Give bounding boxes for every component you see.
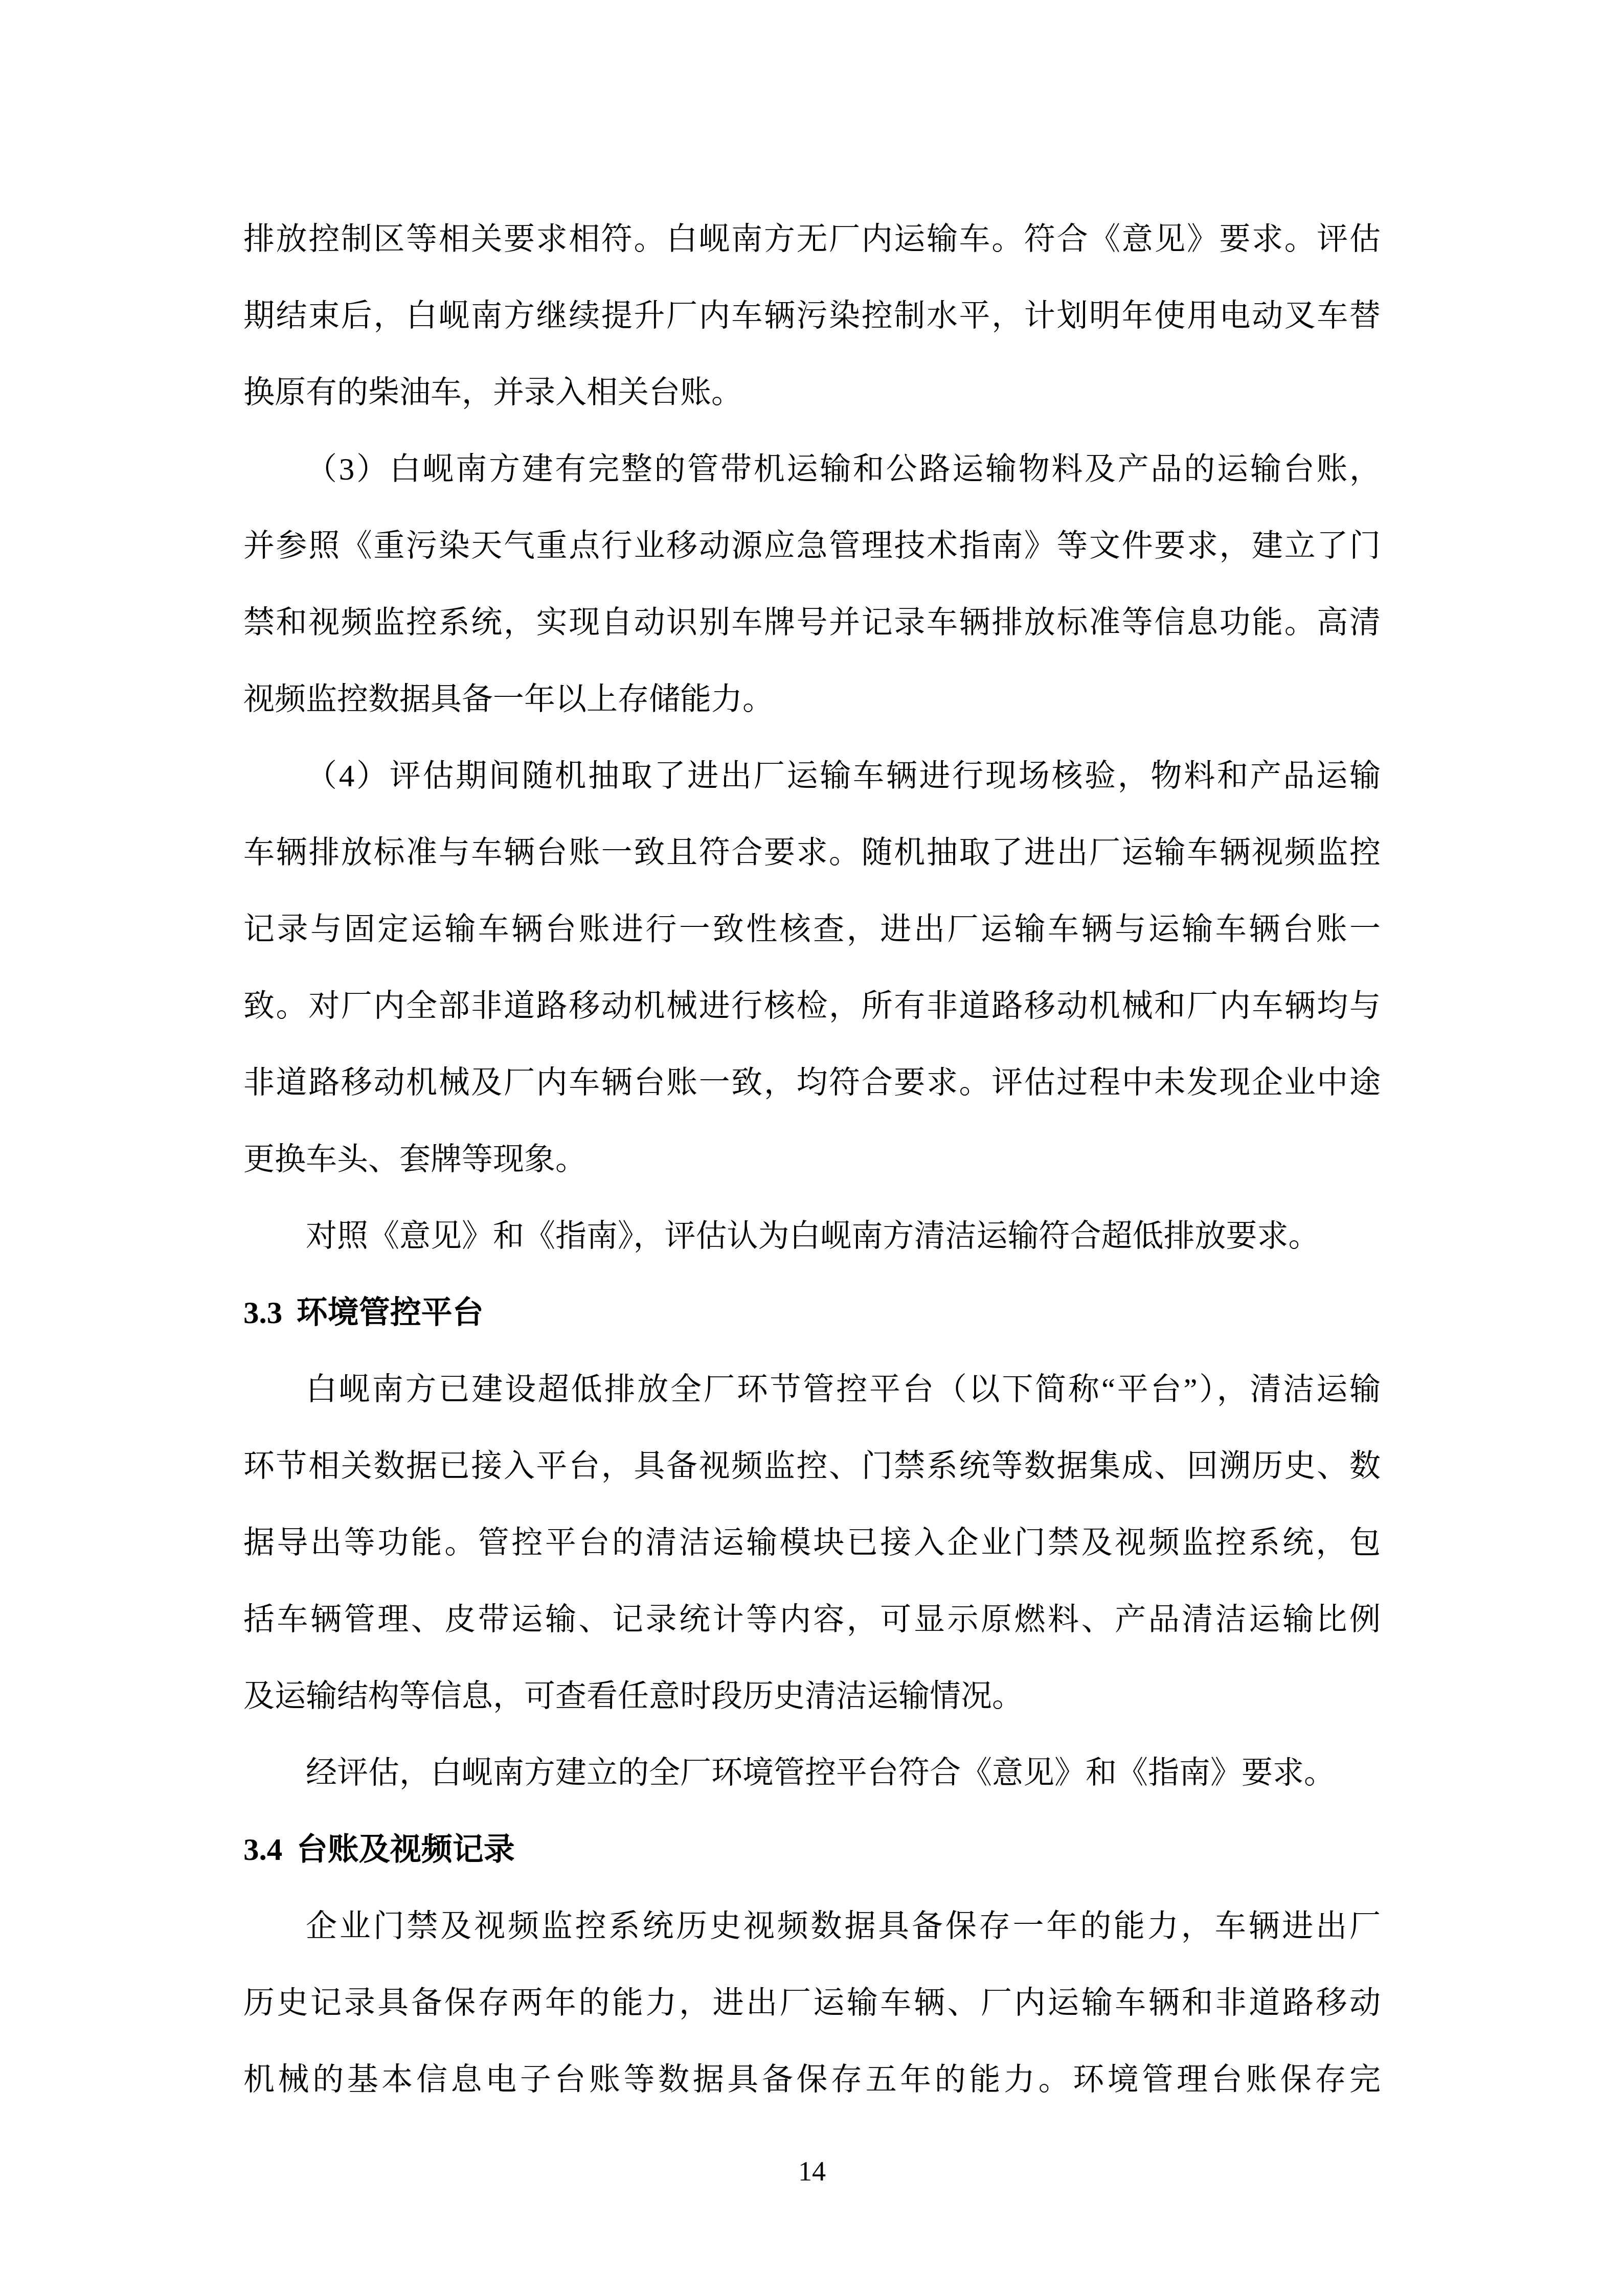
body-text-line: 视频监控数据具备一年以上存储能力。 xyxy=(243,662,1381,738)
body-text-line: 环节相关数据已接入平台，具备视频监控、门禁系统等数据集成、回溯历史、数 xyxy=(243,1428,1381,1505)
body-text-line: 括车辆管理、皮带运输、记录统计等内容，可显示原燃料、产品清洁运输比例 xyxy=(243,1582,1381,1658)
body-text-line: 经评估，白岘南方建立的全厂环境管控平台符合《意见》和《指南》要求。 xyxy=(243,1735,1381,1812)
section-clean-transport-continued: 排放控制区等相关要求相符。白岘南方无厂内运输车。符合《意见》要求。评估 期结束后… xyxy=(243,201,1381,1275)
page-body: 排放控制区等相关要求相符。白岘南方无厂内运输车。符合《意见》要求。评估 期结束后… xyxy=(243,201,1381,2119)
section-heading-3-4: 3.4台账及视频记录 xyxy=(243,1812,1381,1889)
section-title: 环境管控平台 xyxy=(297,1296,484,1330)
section-heading-3-3: 3.3环境管控平台 xyxy=(243,1275,1381,1352)
body-text-line: 历史记录具备保存两年的能力，进出厂运输车辆、厂内运输车辆和非道路移动 xyxy=(243,1965,1381,2042)
body-text-line: 对照《意见》和《指南》，评估认为白岘南方清洁运输符合超低排放要求。 xyxy=(243,1198,1381,1275)
body-text-line: 据导出等功能。管控平台的清洁运输模块已接入企业门禁及视频监控系统，包 xyxy=(243,1505,1381,1582)
body-text-line: 记录与固定运输车辆台账进行一致性核查，进出厂运输车辆与运输车辆台账一 xyxy=(243,892,1381,968)
section-title: 台账及视频记录 xyxy=(297,1833,515,1867)
body-text-line: 换原有的柴油车，并录入相关台账。 xyxy=(243,355,1381,431)
body-text-line: 及运输结构等信息，可查看任意时段历史清洁运输情况。 xyxy=(243,1658,1381,1735)
body-text-line: 白岘南方已建设超低排放全厂环节管控平台（以下简称“平台”），清洁运输 xyxy=(243,1352,1381,1428)
body-text-line: 禁和视频监控系统，实现自动识别车牌号并记录车辆排放标准等信息功能。高清 xyxy=(243,585,1381,662)
section-3-4-ledgers-and-video-records: 3.4台账及视频记录 企业门禁及视频监控系统历史视频数据具备保存一年的能力，车辆… xyxy=(243,1812,1381,2119)
page-number: 14 xyxy=(0,2156,1624,2187)
body-text-line: 并参照《重污染天气重点行业移动源应急管理技术指南》等文件要求，建立了门 xyxy=(243,508,1381,585)
section-number: 3.3 xyxy=(243,1296,282,1330)
body-text-line: （4）评估期间随机抽取了进出厂运输车辆进行现场核验，物料和产品运输 xyxy=(243,738,1381,815)
section-3-3-environment-control-platform: 3.3环境管控平台 白岘南方已建设超低排放全厂环节管控平台（以下简称“平台”），… xyxy=(243,1275,1381,1812)
document-page: 排放控制区等相关要求相符。白岘南方无厂内运输车。符合《意见》要求。评估 期结束后… xyxy=(0,0,1624,2296)
body-text-line: 机械的基本信息电子台账等数据具备保存五年的能力。环境管理台账保存完 xyxy=(243,2042,1381,2119)
body-text-line: 企业门禁及视频监控系统历史视频数据具备保存一年的能力，车辆进出厂 xyxy=(243,1889,1381,1965)
body-text-line: （3）白岘南方建有完整的管带机运输和公路运输物料及产品的运输台账， xyxy=(243,431,1381,508)
body-text-line: 车辆排放标准与车辆台账一致且符合要求。随机抽取了进出厂运输车辆视频监控 xyxy=(243,815,1381,892)
body-text-line: 排放控制区等相关要求相符。白岘南方无厂内运输车。符合《意见》要求。评估 xyxy=(243,201,1381,278)
section-number: 3.4 xyxy=(243,1833,282,1867)
body-text-line: 致。对厂内全部非道路移动机械进行核检，所有非道路移动机械和厂内车辆均与 xyxy=(243,968,1381,1045)
body-text-line: 期结束后，白岘南方继续提升厂内车辆污染控制水平，计划明年使用电动叉车替 xyxy=(243,278,1381,355)
body-text-line: 非道路移动机械及厂内车辆台账一致，均符合要求。评估过程中未发现企业中途 xyxy=(243,1045,1381,1122)
body-text-line: 更换车头、套牌等现象。 xyxy=(243,1122,1381,1198)
